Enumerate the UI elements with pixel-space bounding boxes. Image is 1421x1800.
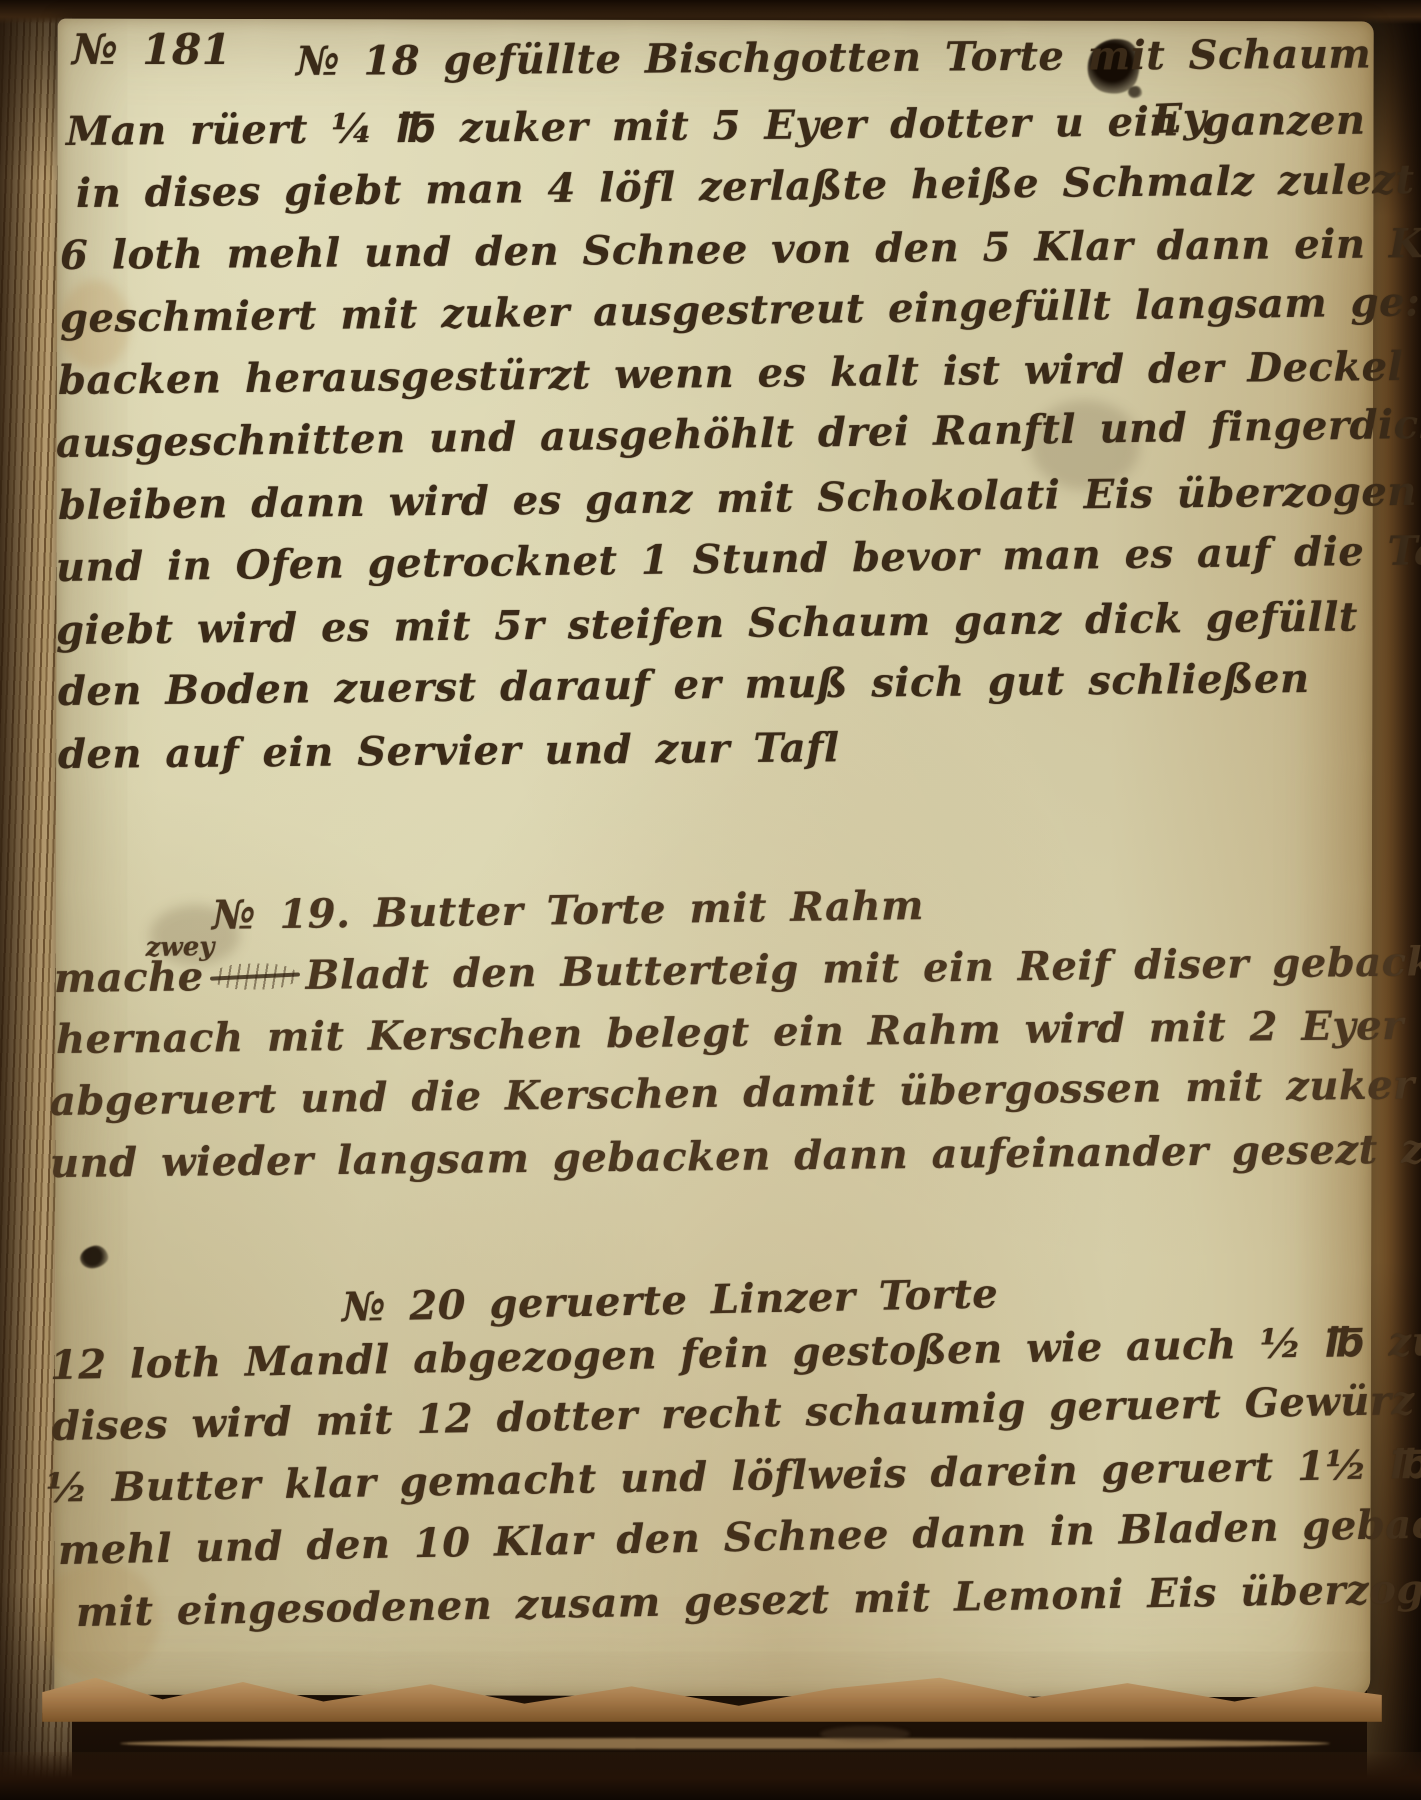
recipe-19-line-1-rest: Bladt den Butterteig mit ein Reif diser … <box>305 937 1421 998</box>
recipe-18-line: backen herausgestürzt wenn es kalt ist w… <box>58 343 1404 405</box>
recipe-19-line: und wieder langsam gebacken dann aufeina… <box>50 1124 1421 1188</box>
recipe-18-line: bleiben dann wird es ganz mit Schokolati… <box>58 468 1417 530</box>
recipe-18-line: in dises giebt man 4 löfl zerlaßte heiße… <box>76 156 1415 218</box>
recipe-20-line: mehl und den 10 Klar den Schnee dann in … <box>58 1499 1421 1575</box>
handwritten-text-layer: № 181 № 18 gefüllte Bischgotten Torte mi… <box>0 0 1421 1800</box>
recipe-19-line-1: machezweyBladt den Butterteig mit ein Re… <box>54 937 1421 1003</box>
recipe-20-line: 12 loth Mandl abgezogen fein gestoßen wi… <box>50 1316 1421 1390</box>
recipe-18-line: giebt wird es mit 5r steifen Schaum ganz… <box>56 593 1358 655</box>
recipe-18-line: und in Ofen getrocknet 1 Stund bevor man… <box>56 527 1421 592</box>
recipe-18-raised-word: Ey <box>1151 94 1207 144</box>
recipe-20-heading: № 20 geruerte Linzer Torte <box>341 1270 998 1332</box>
struck-out-word <box>213 963 295 990</box>
recipe-18-heading: № 18 gefüllte Bischgotten Torte mit Scha… <box>296 30 1372 86</box>
recipe-20-line: mit eingesodenen zusam gesezt mit Lemoni… <box>76 1564 1421 1637</box>
manuscript-scan: № 181 № 18 gefüllte Bischgotten Torte mi… <box>0 0 1421 1800</box>
recipe-18-line: den Boden zuerst darauf er muß sich gut … <box>58 655 1310 716</box>
recipe-18-line: geschmiert mit zuker ausgestreut eingefü… <box>60 278 1421 343</box>
recipe-20-line: ½ Butter klar gemacht und löflweis darei… <box>46 1441 1421 1513</box>
inserted-word-above-line: zwey <box>145 923 214 972</box>
recipe-19-heading: № 19. Butter Torte mit Rahm <box>212 882 925 940</box>
recipe-20-line: dises wird mit 12 dotter recht schaumig … <box>52 1377 1416 1451</box>
recipe-18-line: 6 loth mehl und den Schnee von den 5 Kla… <box>60 219 1421 280</box>
recipe-18-line: ausgeschnitten und ausgehöhlt drei Ranft… <box>56 401 1421 468</box>
recipe-18-line: den auf ein Servier und zur Tafl <box>58 724 840 779</box>
recipe-19-line: abgeruert und die Kerschen damit übergos… <box>50 1059 1421 1126</box>
folio-number: № 181 <box>72 26 231 74</box>
recipe-19-line: hernach mit Kerschen belegt ein Rahm wir… <box>56 1000 1421 1064</box>
